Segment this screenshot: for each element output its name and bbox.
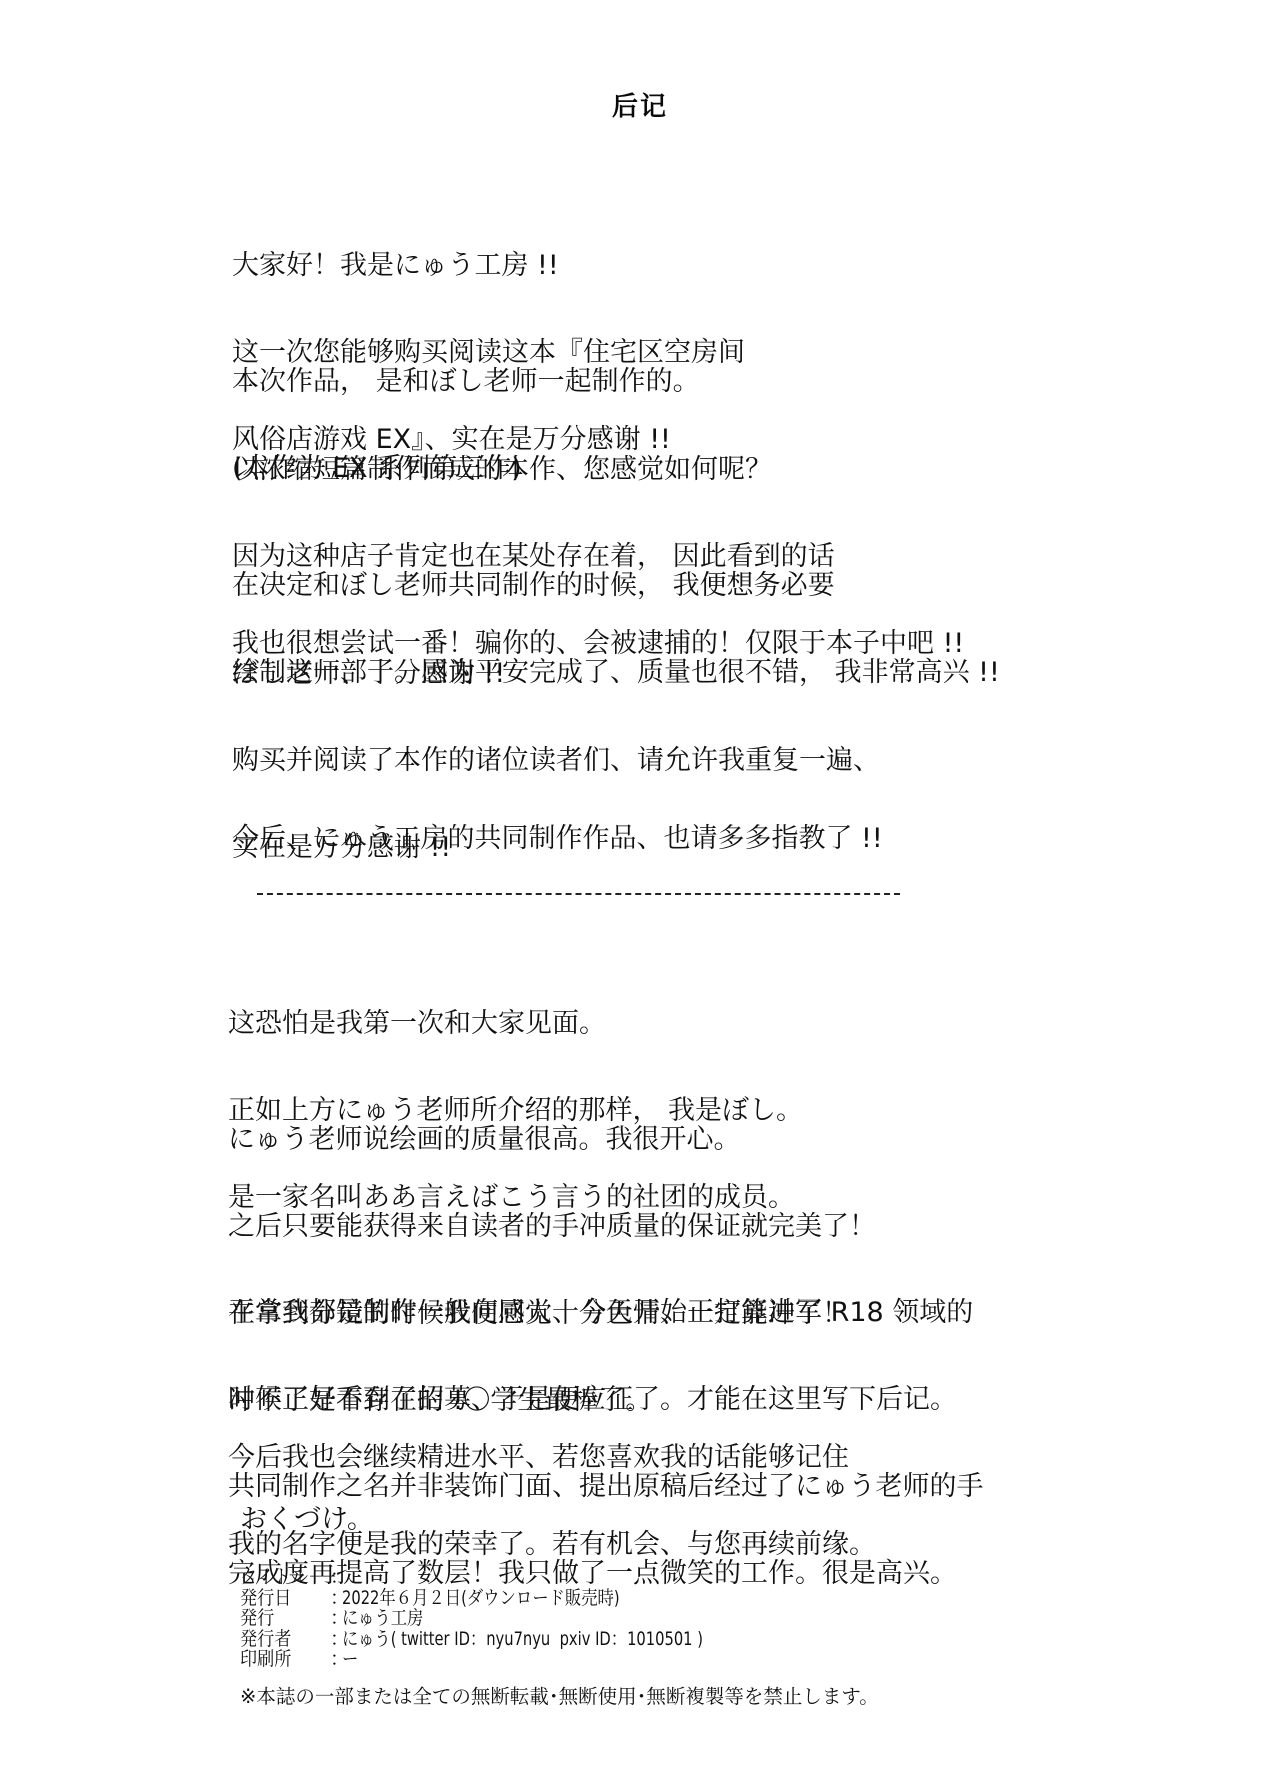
colophon-separator: ： [330,1629,342,1650]
colophon-value: にゅう工房 [342,1608,423,1629]
text-line: 今后、にゅう工房的共同制作作品、也请多多指教了 !! [232,824,1232,853]
colophon-table: タイトル ： 発行日 ： 2022年６月２日(ダウンロード販売時) 発行 ： に… [240,1567,762,1670]
text-line: 大家好！我是にゅう工房 !! [232,251,1232,280]
colophon-key: 発行 [240,1608,321,1629]
afterword-page: 后记 大家好！我是にゅう工房 !! 这一次您能够购买阅读这本『住宅区空房间 风俗… [0,0,1280,1791]
text-line: 在决定和ぼし老师共同制作的时候， 我便想务必要 [232,571,1232,600]
colophon-key: 印刷所 [240,1649,321,1670]
colophon-row-title: タイトル ： [240,1567,762,1588]
colophon-key: タイトル [240,1567,321,1588]
colophon-key: 発行者 [240,1629,321,1650]
text-line: 这恐怕是我第一次和大家见面。 [228,1009,1228,1038]
colophon-row-publisher: 発行 ： にゅう工房 [240,1608,762,1629]
colophon-row-issuer: 発行者 ： にゅう( twitter ID：nyu7nyu pxiv ID：10… [240,1629,762,1650]
colophon-heading: おくづけ。 [240,1497,374,1536]
text-line: 我的名字便是我的荣幸了。若有机会、与您再续前缘。 [228,1530,1228,1559]
colophon-key: 発行日 [240,1588,321,1609]
colophon-row-printer: 印刷所 ： ー [240,1649,762,1670]
page-title: 后记 [0,86,1280,123]
text-line: 今后我也会继续精进水平、若您喜欢我的话能够记住 [228,1443,1228,1472]
colophon-separator: ： [330,1588,342,1609]
text-line: 以浓缩短篇制作而成的本作、您感觉如何呢？ [232,455,1232,484]
text-line: 平常我都是制作一般向同人、今天开始正打算进军 R18 领域的 [228,1298,1228,1327]
text-line: 之后只要能获得来自读者的手冲质量的保证就完美了！ [228,1212,1228,1241]
copyright-notice: ※本誌の一部または全ての無断転載･無断使用･無断複製等を禁止します。 [240,1681,879,1709]
text-line: にゅう老师说绘画的质量很高。我很开心。 [228,1125,1228,1154]
colophon-separator: ： [330,1567,342,1588]
text-line: 本次作品， 是和ぼし老师一起制作的。 [232,367,1232,396]
colophon-value: ー [342,1649,358,1670]
colophon-row-issue-date: 発行日 ： 2022年６月２日(ダウンロード販売時) [240,1588,762,1609]
colophon-value: 2022年６月２日(ダウンロード販売時) [342,1588,620,1609]
colophon-value: にゅう( twitter ID：nyu7nyu pxiv ID：1010501 … [342,1629,703,1650]
colophon-separator: ： [330,1649,342,1670]
colophon-separator: ： [330,1608,342,1629]
text-line: ぼし老师、十分感谢 !! [232,659,1232,688]
section-divider [257,893,900,895]
paragraph-closing-nyu: 今后、にゅう工房的共同制作作品、也请多多指教了 !! [232,766,1232,911]
